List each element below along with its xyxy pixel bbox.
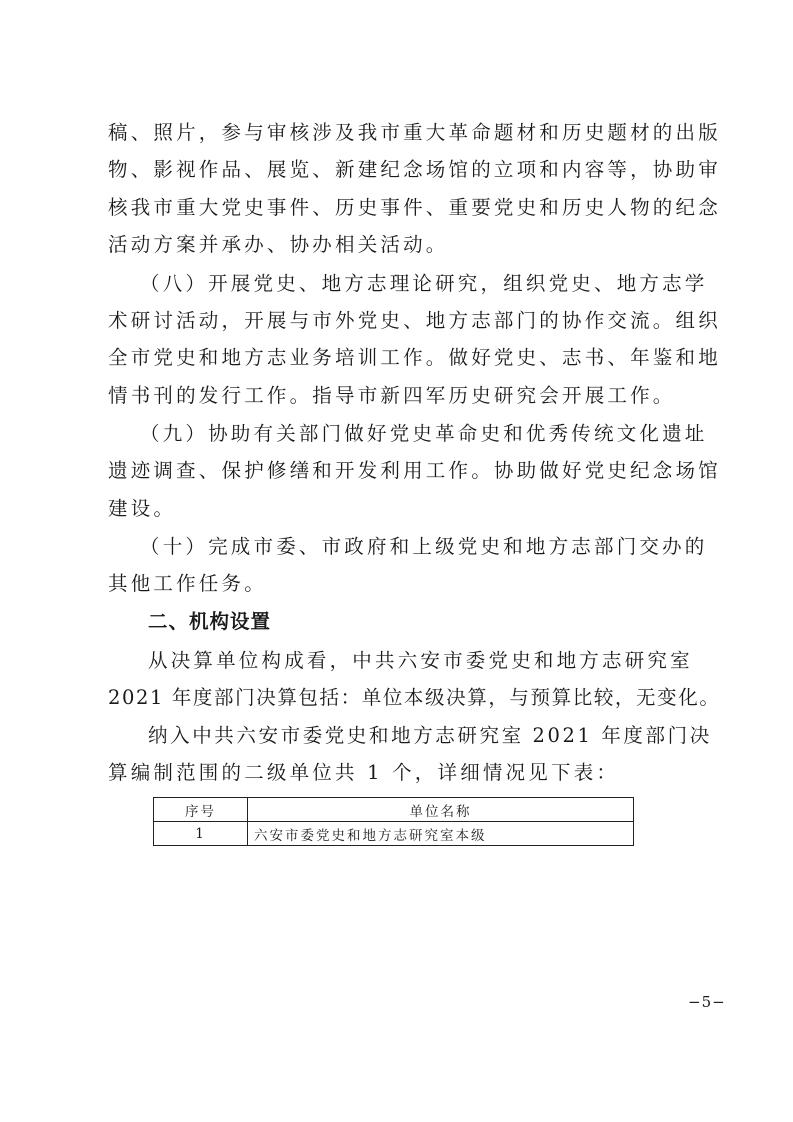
paragraph-line: 纳入中共六安市委党史和地方志研究室 2021 年度部门决 [148,723,728,749]
paragraph-line: 建设。 [108,496,688,522]
paragraph-line: 算编制范围的二级单位共 1 个，详细情况见下表： [108,760,688,786]
paragraph-line: （九）协助有关部门做好党史革命史和优秀传统文化遗址 [140,421,720,447]
paragraph-line: 从决算单位构成看，中共六安市委党史和地方志研究室 [148,648,728,674]
paragraph-line: 术研讨活动，开展与市外党史、地方志部门的协作交流。组织 [108,308,688,334]
page-number: −5− [688,993,726,1011]
paragraph-line: 情书刊的发行工作。指导市新四军历史研究会开展工作。 [108,383,688,409]
paragraph-line: 核我市重大党史事件、历史事件、重要党史和历史人物的纪念 [108,195,688,221]
paragraph-line: 其他工作任务。 [108,571,688,597]
paragraph-line: 稿、照片，参与审核涉及我市重大革命题材和历史题材的出版 [108,120,688,146]
paragraph-line: 活动方案并承办、协办相关活动。 [108,232,688,258]
paragraph-line: （八）开展党史、地方志理论研究，组织党史、地方志学 [140,271,720,297]
header-unit-name: 单位名称 [248,798,634,822]
paragraph-line: 物、影视作品、展览、新建纪念场馆的立项和内容等，协助审 [108,157,688,183]
document-page: 稿、照片，参与审核涉及我市重大革命题材和历史题材的出版 物、影视作品、展览、新建… [0,0,793,1122]
paragraph-line: （十）完成市委、市政府和上级党史和地方志部门交办的 [140,534,720,560]
paragraph-line: 全市党史和地方志业务培训工作。做好党史、志书、年鉴和地 [108,345,688,371]
paragraph-line: 2021 年度部门决算包括：单位本级决算，与预算比较，无变化。 [108,685,688,711]
paragraph-line: 遗迹调查、保护修缮和开发利用工作。协助做好党史纪念场馆 [108,458,688,484]
table-header-row: 序号 单位名称 [154,798,634,822]
header-index: 序号 [154,798,248,822]
table-row: 1 六安市委党史和地方志研究室本级 [154,822,634,846]
units-table: 序号 单位名称 1 六安市委党史和地方志研究室本级 [153,797,634,846]
cell-unit-name: 六安市委党史和地方志研究室本级 [248,822,634,846]
section-heading: 二、机构设置 [148,609,728,635]
cell-index: 1 [154,822,248,846]
